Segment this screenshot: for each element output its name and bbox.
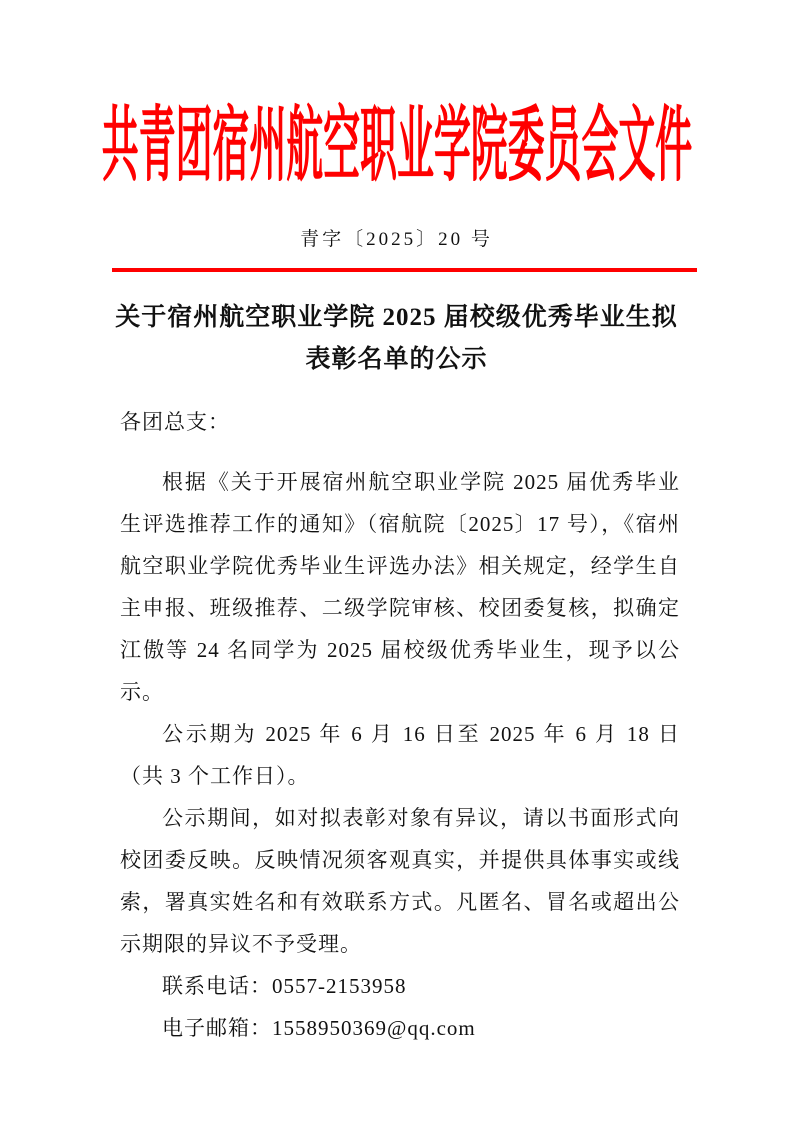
document-header-banner: 共青团宿州航空职业学院委员会文件 [0, 104, 793, 188]
issuing-authority-title: 共青团宿州航空职业学院委员会文件 [101, 105, 691, 187]
document-title: 关于宿州航空职业学院 2025 届校级优秀毕业生拟 表彰名单的公示 [0, 297, 793, 381]
document-body: 各团总支： 根据《关于开展宿州航空职业学院 2025 届优秀毕业生评选推荐工作的… [120, 401, 680, 1049]
contact-email-label: 电子邮箱： [162, 1016, 272, 1040]
contact-email-value: 1558950369@qq.com [272, 1016, 476, 1040]
paragraph-objection-procedure: 公示期间，如对拟表彰对象有异议，请以书面形式向校团委反映。反映情况须客观真实，并… [120, 797, 680, 965]
contact-phone-label: 联系电话： [162, 974, 272, 998]
document-page: 共青团宿州航空职业学院委员会文件 青字〔2025〕20 号 关于宿州航空职业学院… [0, 0, 793, 1122]
header-divider-line [112, 268, 697, 272]
document-number: 青字〔2025〕20 号 [0, 228, 793, 252]
paragraph-selection-basis: 根据《关于开展宿州航空职业学院 2025 届优秀毕业生评选推荐工作的通知》（宿航… [120, 461, 680, 713]
document-title-line2: 表彰名单的公示 [0, 339, 793, 381]
salutation: 各团总支： [120, 401, 680, 443]
contact-phone-value: 0557-2153958 [272, 974, 407, 998]
contact-email-line: 电子邮箱：1558950369@qq.com [120, 1007, 680, 1049]
paragraph-publicity-period: 公示期为 2025 年 6 月 16 日至 2025 年 6 月 18 日（共 … [120, 713, 680, 797]
document-title-line1: 关于宿州航空职业学院 2025 届校级优秀毕业生拟 [0, 297, 793, 339]
contact-phone-line: 联系电话：0557-2153958 [120, 965, 680, 1007]
